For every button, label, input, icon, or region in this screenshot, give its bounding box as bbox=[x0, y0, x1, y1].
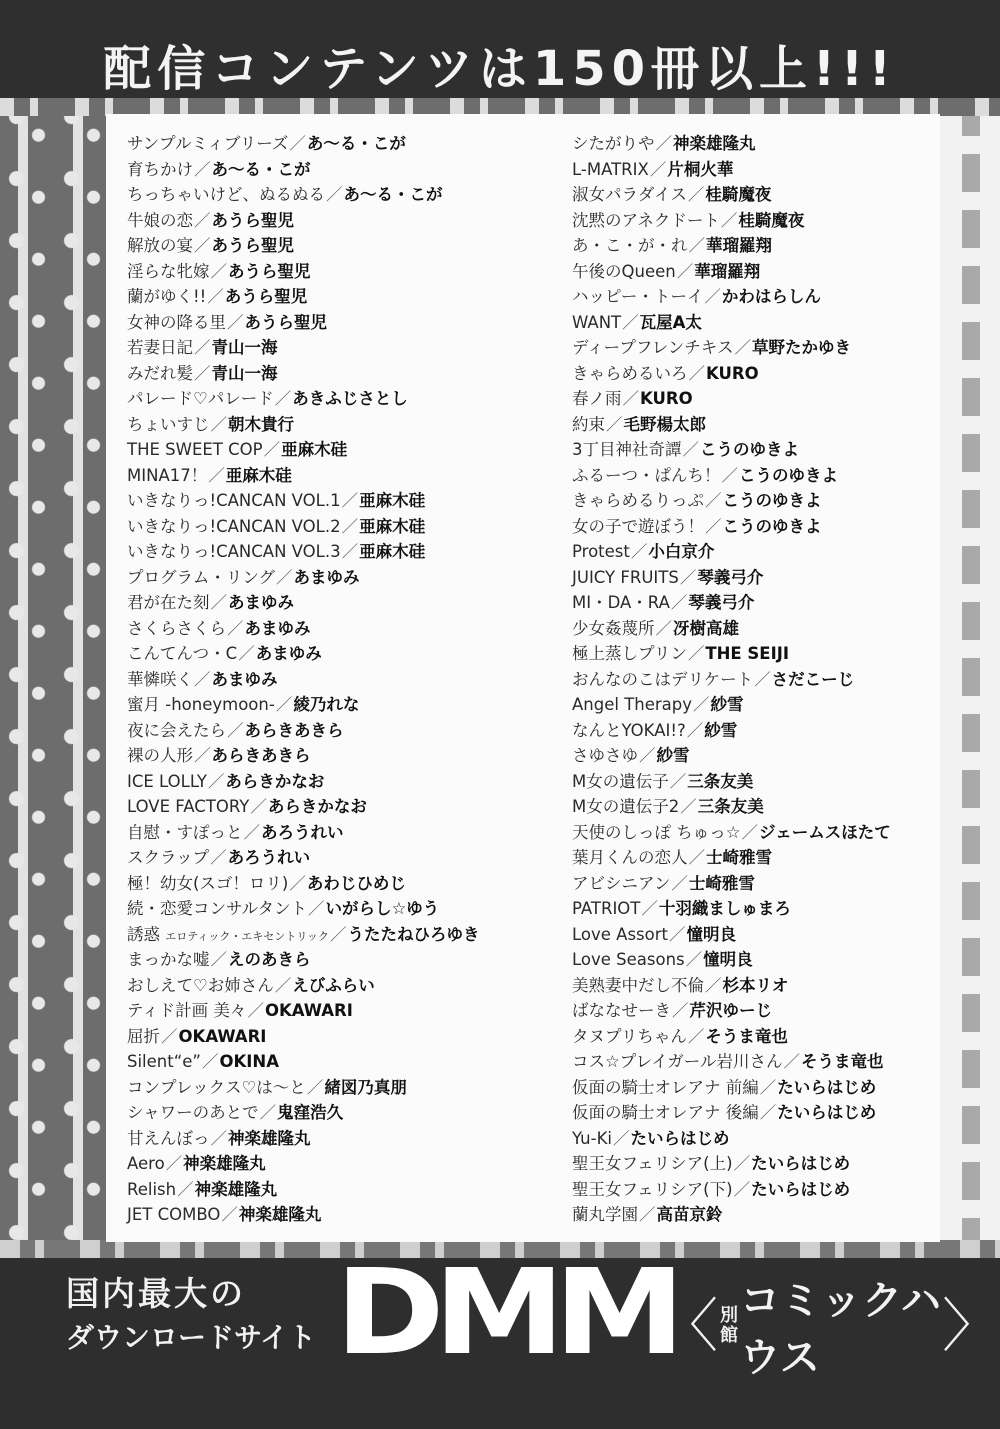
entry-separator: ／ bbox=[208, 466, 225, 485]
entry-separator: ／ bbox=[194, 364, 211, 383]
catalog-entry: シャワーのあとで／鬼窪浩久 bbox=[127, 1100, 479, 1126]
entry-title: 淑女パラダイス bbox=[572, 185, 687, 204]
entry-author: 小白京介 bbox=[648, 542, 714, 561]
entry-author: THE SEIJI bbox=[705, 644, 789, 663]
catalog-entry: 甘えんぼっ／神楽雄隆丸 bbox=[127, 1126, 479, 1152]
entry-separator: ／ bbox=[227, 313, 244, 332]
entry-author: こうのゆきよ bbox=[739, 466, 838, 485]
entry-separator: ／ bbox=[194, 160, 211, 179]
catalog-entry: 女の子で遊ぼう！／こうのゆきよ bbox=[572, 514, 891, 540]
catalog-entry: 午後のQueen／華瑠羅翔 bbox=[572, 259, 891, 285]
entry-separator: ／ bbox=[734, 1180, 751, 1199]
entry-author: あうら聖児 bbox=[245, 313, 328, 332]
entry-author: あまゆみ bbox=[245, 619, 311, 638]
entry-author: えのあきら bbox=[228, 950, 311, 969]
entry-author: 亜麻木硅 bbox=[281, 440, 347, 459]
entry-separator: ／ bbox=[704, 287, 721, 306]
entry-separator: ／ bbox=[688, 185, 705, 204]
entry-separator: ／ bbox=[289, 874, 306, 893]
entry-author: 琴義弓介 bbox=[688, 593, 754, 612]
entry-title: さくらさくら bbox=[127, 619, 226, 638]
entry-author: こうのゆきよ bbox=[700, 440, 799, 459]
entry-author: 芹沢ゆーじ bbox=[690, 1001, 773, 1020]
entry-title: 甘えんぼっ bbox=[127, 1129, 210, 1148]
entry-separator: ／ bbox=[194, 236, 211, 255]
entry-separator: ／ bbox=[686, 950, 703, 969]
entry-author: こうのゆきよ bbox=[723, 491, 822, 510]
entry-title: スクラップ bbox=[127, 848, 209, 867]
catalog-entry: 自慰・すぽっと／あろうれい bbox=[127, 820, 479, 846]
catalog-entry: おんなのこはデリケート／さだこーじ bbox=[572, 667, 891, 693]
entry-author: 高苗京鈴 bbox=[657, 1205, 723, 1224]
entry-author: かわはらしん bbox=[722, 287, 821, 306]
bekkan-comic-house-label: 〈 別 館 コミックハウス 〉 bbox=[660, 1290, 1000, 1362]
catalog-entry: 育ちかけ／あ〜る・こが bbox=[127, 157, 479, 183]
entry-separator: ／ bbox=[613, 1129, 630, 1148]
entry-title: ちっちゃいけど、ぬるぬる bbox=[127, 185, 325, 204]
entry-title: PATRIOT bbox=[572, 899, 640, 918]
catalog-entry: Angel Therapy／紗雪 bbox=[572, 692, 891, 718]
entry-separator: ／ bbox=[680, 568, 697, 587]
entry-author: 瓦屋A太 bbox=[640, 313, 702, 332]
catalog-entry: 天使のしっぽ ちゅっ☆／ジェームスほたて bbox=[572, 820, 891, 846]
entry-separator: ／ bbox=[264, 440, 281, 459]
entry-separator: ／ bbox=[688, 644, 705, 663]
entry-author: 亜麻木硅 bbox=[359, 491, 425, 510]
entry-title: ふるーつ・ぱんち！ bbox=[572, 466, 721, 485]
catalog-entry: 華憐咲く／あまゆみ bbox=[127, 667, 479, 693]
catalog-entry: 淫らな牝嫁／あうら聖児 bbox=[127, 259, 479, 285]
catalog-entry: 淑女パラダイス／桂騎魔夜 bbox=[572, 182, 891, 208]
entry-title: いきなりっ!CANCAN VOL.2 bbox=[127, 517, 341, 536]
entry-title: 育ちかけ bbox=[127, 160, 193, 179]
entry-title: きゃらめるりっぷ bbox=[572, 491, 704, 510]
entry-title: 3丁目神社奇譚 bbox=[572, 440, 682, 459]
entry-separator: ／ bbox=[289, 134, 306, 153]
catalog-entry: ちっちゃいけど、ぬるぬる／あ〜る・こが bbox=[127, 182, 479, 208]
entry-author: 緒図乃真朋 bbox=[324, 1078, 407, 1097]
entry-title: JUICY FRUITS bbox=[572, 568, 679, 587]
entry-separator: ／ bbox=[672, 1001, 689, 1020]
entry-title: 蘭丸学園 bbox=[572, 1205, 638, 1224]
catalog-entry: さゆさゆ／紗雪 bbox=[572, 743, 891, 769]
catalog-entry: ディープフレンチキス／草野たかゆき bbox=[572, 335, 891, 361]
entry-author: あうら聖児 bbox=[212, 236, 295, 255]
entry-separator: ／ bbox=[688, 1027, 705, 1046]
entry-author: 毛野楊太郎 bbox=[624, 415, 707, 434]
catalog-entry: ちょいすじ／朝木貴行 bbox=[127, 412, 479, 438]
entry-separator: ／ bbox=[606, 415, 623, 434]
catalog-entry: THE SWEET COP／亜麻木硅 bbox=[127, 437, 479, 463]
entry-separator: ／ bbox=[244, 823, 261, 842]
bracket-open: 〈 bbox=[660, 1290, 718, 1362]
entry-separator: ／ bbox=[211, 1129, 228, 1148]
entry-title: ティド計画 美々 bbox=[127, 1001, 246, 1020]
entry-author: 十羽織ましゅまろ bbox=[659, 899, 791, 918]
entry-author: 桂騎魔夜 bbox=[738, 211, 804, 230]
entry-separator: ／ bbox=[227, 619, 244, 638]
catalog-entry: 続・恋愛コンサルタント／いがらし☆ゆう bbox=[127, 896, 479, 922]
catalog-entry: Love Seasons／憧明良 bbox=[572, 947, 891, 973]
entry-separator: ／ bbox=[260, 1103, 277, 1122]
entry-separator: ／ bbox=[689, 364, 706, 383]
entry-separator: ／ bbox=[687, 721, 704, 740]
footer-tagline: 国内最大の ダウンロードサイト bbox=[66, 1272, 316, 1360]
catalog-entry: 君が在た刻／あまゆみ bbox=[127, 590, 479, 616]
entry-separator: ／ bbox=[211, 415, 228, 434]
entry-separator: ／ bbox=[639, 1205, 656, 1224]
entry-author: 神楽雄隆丸 bbox=[228, 1129, 311, 1148]
entry-title: L-MATRIX bbox=[572, 160, 649, 179]
entry-title: Love Seasons bbox=[572, 950, 685, 969]
entry-author: さだこーじ bbox=[772, 670, 855, 689]
catalog-entry: おしえて♡お姉さん／えびふらい bbox=[127, 973, 479, 999]
entry-author: あまゆみ bbox=[256, 644, 322, 663]
entry-title: きゃらめるいろ bbox=[572, 364, 688, 383]
entry-title: 約束 bbox=[572, 415, 605, 434]
entry-separator: ／ bbox=[783, 1052, 800, 1071]
entry-separator: ／ bbox=[227, 721, 244, 740]
entry-separator: ／ bbox=[210, 848, 227, 867]
entry-title: 仮面の騎士オレアナ 後編 bbox=[572, 1103, 759, 1122]
pixel-pattern-left bbox=[0, 98, 110, 1258]
entry-title: 仮面の騎士オレアナ 前編 bbox=[572, 1078, 759, 1097]
entry-author: たいらはじめ bbox=[631, 1129, 730, 1148]
entry-separator: ／ bbox=[161, 1027, 178, 1046]
entry-separator: ／ bbox=[275, 389, 292, 408]
entry-author: 華瑠羅翔 bbox=[694, 262, 760, 281]
pixel-pattern-right bbox=[940, 98, 1000, 1258]
catalog-entry: 若妻日記／青山一海 bbox=[127, 335, 479, 361]
entry-title: 極！幼女(スゴ！ロリ) bbox=[127, 874, 288, 893]
catalog-entry: あ・こ・が・れ／華瑠羅翔 bbox=[572, 233, 891, 259]
bracket-close: 〉 bbox=[942, 1290, 1000, 1362]
catalog-entry: コス☆プレイガール岩川さん／そうま竜也 bbox=[572, 1049, 891, 1075]
entry-title: 春ノ雨 bbox=[572, 389, 622, 408]
entry-author: あわじひめじ bbox=[307, 874, 406, 893]
entry-separator: ／ bbox=[680, 797, 697, 816]
entry-separator: ／ bbox=[238, 644, 255, 663]
entry-author: 士崎雅雪 bbox=[689, 874, 755, 893]
entry-title: 裸の人形 bbox=[127, 746, 193, 765]
catalog-entry: L-MATRIX／片桐火華 bbox=[572, 157, 891, 183]
entry-separator: ／ bbox=[742, 823, 759, 842]
entry-title: コンプレックス♡は〜と bbox=[127, 1078, 306, 1097]
catalog-entry: ばななせーき／芹沢ゆーじ bbox=[572, 998, 891, 1024]
catalog-entry: シたがりや／神楽雄隆丸 bbox=[572, 131, 891, 157]
entry-title: Love Assort bbox=[572, 925, 668, 944]
entry-author: 神楽雄隆丸 bbox=[195, 1180, 278, 1199]
entry-separator: ／ bbox=[677, 262, 694, 281]
entry-title: 淫らな牝嫁 bbox=[127, 262, 210, 281]
entry-author: 亜麻木硅 bbox=[359, 542, 425, 561]
catalog-entry: 蜜月 -honeymoon-／綾乃れな bbox=[127, 692, 479, 718]
catalog-entry: MI・DA・RA／琴義弓介 bbox=[572, 590, 891, 616]
catalog-entry: 牛娘の恋／あうら聖児 bbox=[127, 208, 479, 234]
catalog-entry: サンプルミィブリーズ／あ〜る・こが bbox=[127, 131, 479, 157]
catalog-entry: 解放の宴／あうら聖児 bbox=[127, 233, 479, 259]
catalog-entry: 約束／毛野楊太郎 bbox=[572, 412, 891, 438]
entry-title: Angel Therapy bbox=[572, 695, 692, 714]
entry-separator: ／ bbox=[671, 593, 688, 612]
entry-author: あうら聖児 bbox=[212, 211, 295, 230]
entry-author: 憧明良 bbox=[687, 925, 737, 944]
entry-title: 若妻日記 bbox=[127, 338, 193, 357]
entry-separator: ／ bbox=[250, 797, 267, 816]
catalog-entry: スクラップ／あろうれい bbox=[127, 845, 479, 871]
catalog-entry: 聖王女フェリシア(上)／たいらはじめ bbox=[572, 1151, 891, 1177]
entry-title: LOVE FACTORY bbox=[127, 797, 249, 816]
entry-title: さゆさゆ bbox=[572, 746, 638, 765]
catalog-entry: 極上蒸しプリン／THE SEIJI bbox=[572, 641, 891, 667]
entry-author: ジェームスほたて bbox=[759, 823, 891, 842]
catalog-entry: ICE LOLLY／あらきかなお bbox=[127, 769, 479, 795]
entry-separator: ／ bbox=[641, 899, 658, 918]
entry-title: M女の遺伝子 bbox=[572, 772, 669, 791]
catalog-entry: 屈折／OKAWARI bbox=[127, 1024, 479, 1050]
entry-title: おんなのこはデリケート bbox=[572, 670, 753, 689]
entry-separator: ／ bbox=[721, 211, 738, 230]
catalog-entry: タヌプリちゃん／そうま竜也 bbox=[572, 1024, 891, 1050]
entry-title: タヌプリちゃん bbox=[572, 1027, 687, 1046]
catalog-entry: コンプレックス♡は〜と／緒図乃真朋 bbox=[127, 1075, 479, 1101]
entry-author: 桂騎魔夜 bbox=[705, 185, 771, 204]
entry-separator: ／ bbox=[342, 491, 359, 510]
catalog-entry: Aero／神楽雄隆丸 bbox=[127, 1151, 479, 1177]
entry-separator: ／ bbox=[622, 313, 639, 332]
entry-separator: ／ bbox=[342, 517, 359, 536]
entry-separator: ／ bbox=[275, 976, 292, 995]
entry-separator: ／ bbox=[705, 976, 722, 995]
entry-author: 神楽雄隆丸 bbox=[183, 1154, 266, 1173]
entry-author: OKINA bbox=[219, 1052, 279, 1071]
catalog-entry: 美熟妻中だし不倫／杉本リオ bbox=[572, 973, 891, 999]
catalog-entry: 仮面の騎士オレアナ 前編／たいらはじめ bbox=[572, 1075, 891, 1101]
entry-author: 朝木貴行 bbox=[228, 415, 294, 434]
entry-separator: ／ bbox=[671, 874, 688, 893]
entry-title: シャワーのあとで bbox=[127, 1103, 259, 1122]
entry-title: 自慰・すぽっと bbox=[127, 823, 243, 842]
entry-author: 亜麻木硅 bbox=[226, 466, 292, 485]
catalog-entry: きゃらめるりっぷ／こうのゆきよ bbox=[572, 488, 891, 514]
entry-author: えびふらい bbox=[292, 976, 375, 995]
entry-title: いきなりっ!CANCAN VOL.3 bbox=[127, 542, 341, 561]
entry-title: あ・こ・が・れ bbox=[572, 236, 688, 255]
entry-separator: ／ bbox=[705, 491, 722, 510]
entry-author: 鬼窪浩久 bbox=[277, 1103, 343, 1122]
entry-separator: ／ bbox=[722, 466, 739, 485]
entry-title: いきなりっ!CANCAN VOL.1 bbox=[127, 491, 341, 510]
entry-separator: ／ bbox=[211, 262, 228, 281]
entry-author: あらきかなお bbox=[225, 772, 324, 791]
catalog-entry: パレード♡パレード／あきふじさとし bbox=[127, 386, 479, 412]
catalog-entry: なんとYOKAI!?／紗雪 bbox=[572, 718, 891, 744]
entry-author: 憧明良 bbox=[703, 950, 753, 969]
catalog-entry: LOVE FACTORY／あらきかなお bbox=[127, 794, 479, 820]
page-title: 配信コンテンツは150冊以上!!! bbox=[0, 40, 1000, 98]
entry-separator: ／ bbox=[211, 593, 228, 612]
entry-separator: ／ bbox=[705, 517, 722, 536]
entry-author: OKAWARI bbox=[179, 1027, 267, 1046]
entry-title: コス☆プレイガール岩川さん bbox=[572, 1052, 782, 1071]
entry-separator: ／ bbox=[670, 772, 687, 791]
entry-author: あらきあきら bbox=[245, 721, 344, 740]
entry-title: まっかな嘘 bbox=[127, 950, 210, 969]
entry-separator: ／ bbox=[202, 1052, 219, 1071]
entry-title: 続・恋愛コンサルタント bbox=[127, 899, 307, 918]
entry-title: Aero bbox=[127, 1154, 165, 1173]
entry-author: 神楽雄隆丸 bbox=[239, 1205, 322, 1224]
entry-author: 紗雪 bbox=[704, 721, 737, 740]
entry-title: 蘭がゆく!! bbox=[127, 287, 206, 306]
catalog-entry: 蘭がゆく!!／あうら聖児 bbox=[127, 284, 479, 310]
catalog-entry: いきなりっ!CANCAN VOL.3／亜麻木硅 bbox=[127, 539, 479, 565]
entry-separator: ／ bbox=[734, 338, 751, 357]
entry-author: 冴樹高雄 bbox=[673, 619, 739, 638]
catalog-entry: みだれ髪／青山一海 bbox=[127, 361, 479, 387]
entry-separator: ／ bbox=[211, 950, 228, 969]
bekkan-mark: 別 館 bbox=[720, 1306, 738, 1346]
catalog-entry: きゃらめるいろ／KURO bbox=[572, 361, 891, 387]
entry-title: なんとYOKAI!? bbox=[572, 721, 686, 740]
entry-separator: ／ bbox=[656, 134, 673, 153]
entry-title: 牛娘の恋 bbox=[127, 211, 193, 230]
catalog-entry: さくらさくら／あまゆみ bbox=[127, 616, 479, 642]
entry-title: WANT bbox=[572, 313, 621, 332]
entry-separator: ／ bbox=[326, 185, 343, 204]
entry-title: 誘惑 bbox=[127, 925, 160, 944]
entry-separator: ／ bbox=[639, 746, 656, 765]
catalog-entry: ティド計画 美々／OKAWARI bbox=[127, 998, 479, 1024]
entry-separator: ／ bbox=[631, 542, 648, 561]
catalog-entry: 仮面の騎士オレアナ 後編／たいらはじめ bbox=[572, 1100, 891, 1126]
catalog-left-column: サンプルミィブリーズ／あ〜る・こが育ちかけ／あ〜る・こがちっちゃいけど、ぬるぬる… bbox=[127, 131, 479, 1228]
entry-title: M女の遺伝子2 bbox=[572, 797, 679, 816]
catalog-entry: 誘惑 エロティック・エキセントリック／うたたねひろゆき bbox=[127, 922, 479, 948]
entry-author: あ〜る・こが bbox=[344, 185, 443, 204]
entry-title: プログラム・リング bbox=[127, 568, 275, 587]
entry-separator: ／ bbox=[247, 1001, 264, 1020]
entry-author: 士崎雅雪 bbox=[706, 848, 772, 867]
entry-title: 少女姦蔑所 bbox=[572, 619, 655, 638]
catalog-entry: Love Assort／憧明良 bbox=[572, 922, 891, 948]
entry-separator: ／ bbox=[194, 338, 211, 357]
header-banner: 配信コンテンツは150冊以上!!! bbox=[0, 0, 1000, 98]
catalog-entry: 春ノ雨／KURO bbox=[572, 386, 891, 412]
entry-author: あうら聖児 bbox=[228, 262, 311, 281]
entry-author: あらきあきら bbox=[212, 746, 311, 765]
entry-author: たいらはじめ bbox=[777, 1078, 876, 1097]
tagline-line2: ダウンロードサイト bbox=[66, 1316, 316, 1360]
catalog-entry: JUICY FRUITS／琴義弓介 bbox=[572, 565, 891, 591]
entry-separator: ／ bbox=[208, 772, 225, 791]
entry-separator: ／ bbox=[194, 746, 211, 765]
entry-author: OKAWARI bbox=[265, 1001, 353, 1020]
entry-title: 天使のしっぽ ちゅっ☆ bbox=[572, 823, 741, 842]
section-name: コミックハウス bbox=[740, 1269, 942, 1383]
entry-separator: ／ bbox=[308, 899, 325, 918]
catalog-entry: JET COMBO／神楽雄隆丸 bbox=[127, 1202, 479, 1228]
tagline-line1: 国内最大の bbox=[66, 1272, 316, 1316]
entry-title: 解放の宴 bbox=[127, 236, 193, 255]
bekkan-bottom-char: 館 bbox=[720, 1326, 738, 1346]
entry-title: 夜に会えたら bbox=[127, 721, 226, 740]
entry-author: 綾乃れな bbox=[293, 695, 359, 714]
entry-title: 葉月くんの恋人 bbox=[572, 848, 688, 867]
entry-title: Silent“e” bbox=[127, 1052, 201, 1071]
entry-title: 蜜月 -honeymoon- bbox=[127, 695, 275, 714]
entry-title: ICE LOLLY bbox=[127, 772, 207, 791]
entry-author: 神楽雄隆丸 bbox=[673, 134, 756, 153]
entry-author: 三条友美 bbox=[687, 772, 753, 791]
entry-separator: ／ bbox=[194, 211, 211, 230]
entry-separator: ／ bbox=[177, 1180, 194, 1199]
catalog-entry: アビシニアン／士崎雅雪 bbox=[572, 871, 891, 897]
entry-separator: ／ bbox=[760, 1103, 777, 1122]
entry-author: 亜麻木硅 bbox=[359, 517, 425, 536]
entry-title: THE SWEET COP bbox=[127, 440, 263, 459]
entry-title: 華憐咲く bbox=[127, 670, 193, 689]
entry-author: 杉本リオ bbox=[723, 976, 789, 995]
entry-separator: ／ bbox=[207, 287, 224, 306]
entry-title: 聖王女フェリシア(下) bbox=[572, 1180, 733, 1199]
entry-separator: ／ bbox=[689, 848, 706, 867]
entry-author: あ〜る・こが bbox=[307, 134, 406, 153]
entry-separator: ／ bbox=[693, 695, 710, 714]
entry-title: ハッピー・トーイ bbox=[572, 287, 703, 306]
entry-author: たいらはじめ bbox=[751, 1180, 850, 1199]
entry-title: おしえて♡お姉さん bbox=[127, 976, 274, 995]
catalog-entry: ふるーつ・ぱんち！／こうのゆきよ bbox=[572, 463, 891, 489]
entry-title: ばななせーき bbox=[572, 1001, 671, 1020]
entry-author: そうま竜也 bbox=[801, 1052, 884, 1071]
entry-separator: ／ bbox=[330, 925, 347, 944]
entry-author: 青山一海 bbox=[212, 364, 278, 383]
entry-author: こうのゆきよ bbox=[723, 517, 822, 536]
dmm-logo: DMM bbox=[335, 1262, 705, 1362]
entry-author: 紗雪 bbox=[711, 695, 744, 714]
catalog-entry: いきなりっ!CANCAN VOL.1／亜麻木硅 bbox=[127, 488, 479, 514]
catalog-right-column: シたがりや／神楽雄隆丸L-MATRIX／片桐火華淑女パラダイス／桂騎魔夜沈黙のア… bbox=[572, 131, 891, 1228]
catalog-entry: MINA17！／亜麻木硅 bbox=[127, 463, 479, 489]
entry-separator: ／ bbox=[689, 236, 706, 255]
entry-title: 屈折 bbox=[127, 1027, 160, 1046]
entry-author: あまゆみ bbox=[212, 670, 278, 689]
entry-title: MI・DA・RA bbox=[572, 593, 670, 612]
entry-title: MINA17！ bbox=[127, 466, 207, 485]
catalog-entry: 聖王女フェリシア(下)／たいらはじめ bbox=[572, 1177, 891, 1203]
catalog-entry: WANT／瓦屋A太 bbox=[572, 310, 891, 336]
catalog-entry: 極！幼女(スゴ！ロリ)／あわじひめじ bbox=[127, 871, 479, 897]
entry-title: アビシニアン bbox=[572, 874, 670, 893]
catalog-entry: 夜に会えたら／あらきあきら bbox=[127, 718, 479, 744]
catalog-entry: 裸の人形／あらきあきら bbox=[127, 743, 479, 769]
catalog-entry: 沈黙のアネクドート／桂騎魔夜 bbox=[572, 208, 891, 234]
entry-author: 草野たかゆき bbox=[752, 338, 851, 357]
entry-author: あ〜る・こが bbox=[212, 160, 311, 179]
entry-separator: ／ bbox=[276, 568, 293, 587]
entry-separator: ／ bbox=[734, 1154, 751, 1173]
entry-separator: ／ bbox=[276, 695, 293, 714]
catalog-entry: 蘭丸学園／高苗京鈴 bbox=[572, 1202, 891, 1228]
catalog-entry: プログラム・リング／あまゆみ bbox=[127, 565, 479, 591]
entry-title: サンプルミィブリーズ bbox=[127, 134, 288, 153]
entry-author: あきふじさとし bbox=[292, 389, 408, 408]
entry-title: みだれ髪 bbox=[127, 364, 193, 383]
entry-title: 沈黙のアネクドート bbox=[572, 211, 720, 230]
entry-title: 聖王女フェリシア(上) bbox=[572, 1154, 733, 1173]
entry-author: たいらはじめ bbox=[751, 1154, 850, 1173]
